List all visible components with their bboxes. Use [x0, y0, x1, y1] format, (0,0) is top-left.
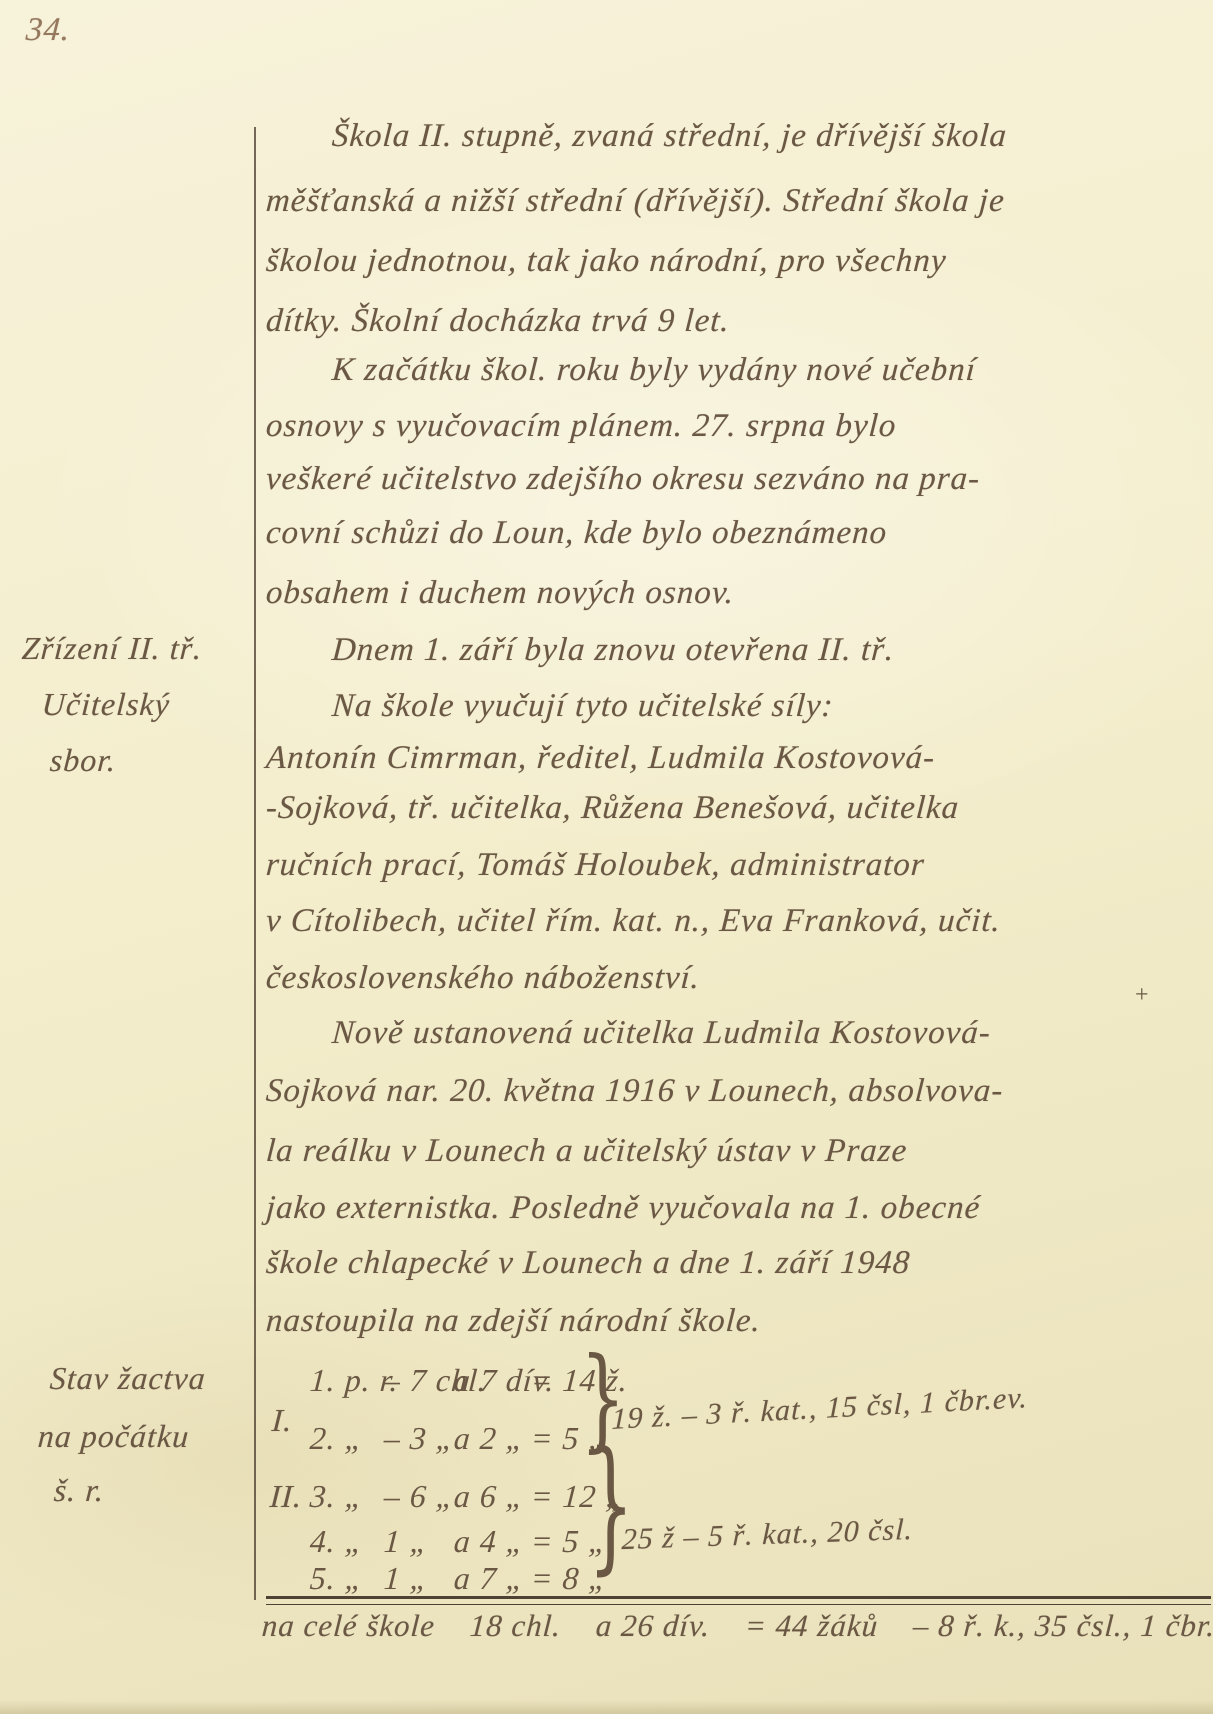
chronicle-page: 34. Zřízení II. tř. Učitelský sbor. Stav… — [0, 0, 1213, 1714]
totals-line: na celé škole 18 chl. a 26 dív. = 44 žák… — [261, 1608, 1213, 1644]
margin-note: sbor. — [49, 742, 118, 779]
row-cell: a 7 „ — [453, 1560, 526, 1597]
row-cell: a 4 „ — [453, 1523, 526, 1560]
handwriting-line: jako externistka. Posledně vyučovala na … — [265, 1190, 982, 1227]
margin-note: na počátku — [37, 1418, 191, 1455]
row-cell: 5. „ — [309, 1560, 365, 1597]
handwriting-line: Škola II. stupně, zvaná střední, je dřív… — [331, 118, 1009, 155]
handwriting-line: Sojková nar. 20. května 1916 v Lounech, … — [265, 1073, 1005, 1110]
handwriting-line: Na škole vyučují tyto učitelské síly: — [331, 688, 835, 725]
handwriting-line: covní schůzi do Loun, kde bylo obeznámen… — [265, 515, 889, 552]
handwriting-line: školou jednotnou, tak jako národní, pro … — [265, 243, 948, 280]
handwriting-line: ručních prací, Tomáš Holoubek, administr… — [265, 847, 926, 884]
handwriting-line: -Sojková, tř. učitelka, Růžena Benešová,… — [265, 790, 961, 827]
totals-boys: 18 chl. — [469, 1608, 563, 1643]
handwriting-line: nastoupila na zdejší národní škole. — [265, 1303, 762, 1340]
page-number: 34. — [25, 12, 72, 49]
row-cell: 1 „ — [383, 1560, 430, 1597]
totals-label: na celé škole — [261, 1608, 437, 1643]
handwriting-line: la reálku v Lounech a učitelský ústav v … — [265, 1133, 909, 1170]
totals-pupils: = 44 žáků — [744, 1608, 880, 1643]
margin-note: Učitelský — [41, 686, 172, 723]
curly-brace-icon: } — [588, 1420, 634, 1588]
handwriting-line: Nově ustanovená učitelka Ludmila Kostovo… — [331, 1015, 992, 1052]
row-cell: 3. „ — [309, 1478, 365, 1515]
handwriting-line: měšťanská a nižší střední (dřívější). St… — [265, 183, 1006, 220]
handwriting-line: veškeré učitelstvo zdejšího okresu sezvá… — [265, 461, 982, 498]
margin-note: Zřízení II. tř. — [21, 630, 204, 667]
margin-rule — [254, 127, 256, 1600]
row-cell: 4. „ — [309, 1523, 365, 1560]
row-cell: a 6 „ — [453, 1478, 526, 1515]
margin-note: Stav žactva — [49, 1360, 207, 1397]
group-summary: 19 ž. – 3 ř. kat., 15 čsl, 1 čbr.ev. — [611, 1381, 1028, 1437]
handwriting-line: Antonín Cimrman, ředitel, Ludmila Kostov… — [265, 740, 937, 777]
totals-girls: a 26 dív. — [595, 1608, 712, 1643]
row-cell: – 3 „ — [383, 1420, 456, 1457]
margin-note: š. r. — [53, 1472, 106, 1509]
totals-religion: – 8 ř. k., 35 čsl., 1 čbr.ev. — [912, 1608, 1213, 1643]
handwriting-line: Dnem 1. září byla znovu otevřena II. tř. — [331, 632, 896, 669]
group-summary: 25 ž – 5 ř. kat., 20 čsl. — [621, 1513, 914, 1557]
handwriting-line: K začátku škol. roku byly vydány nové uč… — [331, 352, 977, 389]
class-group-label: I. — [271, 1402, 294, 1439]
table-total-divider — [266, 1596, 1211, 1605]
handwriting-line: dítky. Školní docházka trvá 9 let. — [265, 303, 731, 340]
row-cell: – 6 „ — [383, 1478, 456, 1515]
handwriting-line: obsahem i duchem nových osnov. — [265, 575, 736, 612]
handwriting-line: škole chlapecké v Lounech a dne 1. září … — [265, 1245, 912, 1282]
class-group-label: II. — [269, 1478, 304, 1515]
row-cell: 1 „ — [383, 1523, 430, 1560]
handwriting-line: v Cítolibech, učitel řím. kat. n., Eva F… — [265, 903, 1003, 940]
row-cell: 2. „ — [309, 1420, 365, 1457]
correction-mark: + — [1135, 982, 1149, 1009]
row-cell: a 2 „ — [453, 1420, 526, 1457]
handwriting-line: osnovy s vyučovacím plánem. 27. srpna by… — [265, 408, 898, 445]
handwriting-line: československého náboženství. — [265, 960, 702, 997]
